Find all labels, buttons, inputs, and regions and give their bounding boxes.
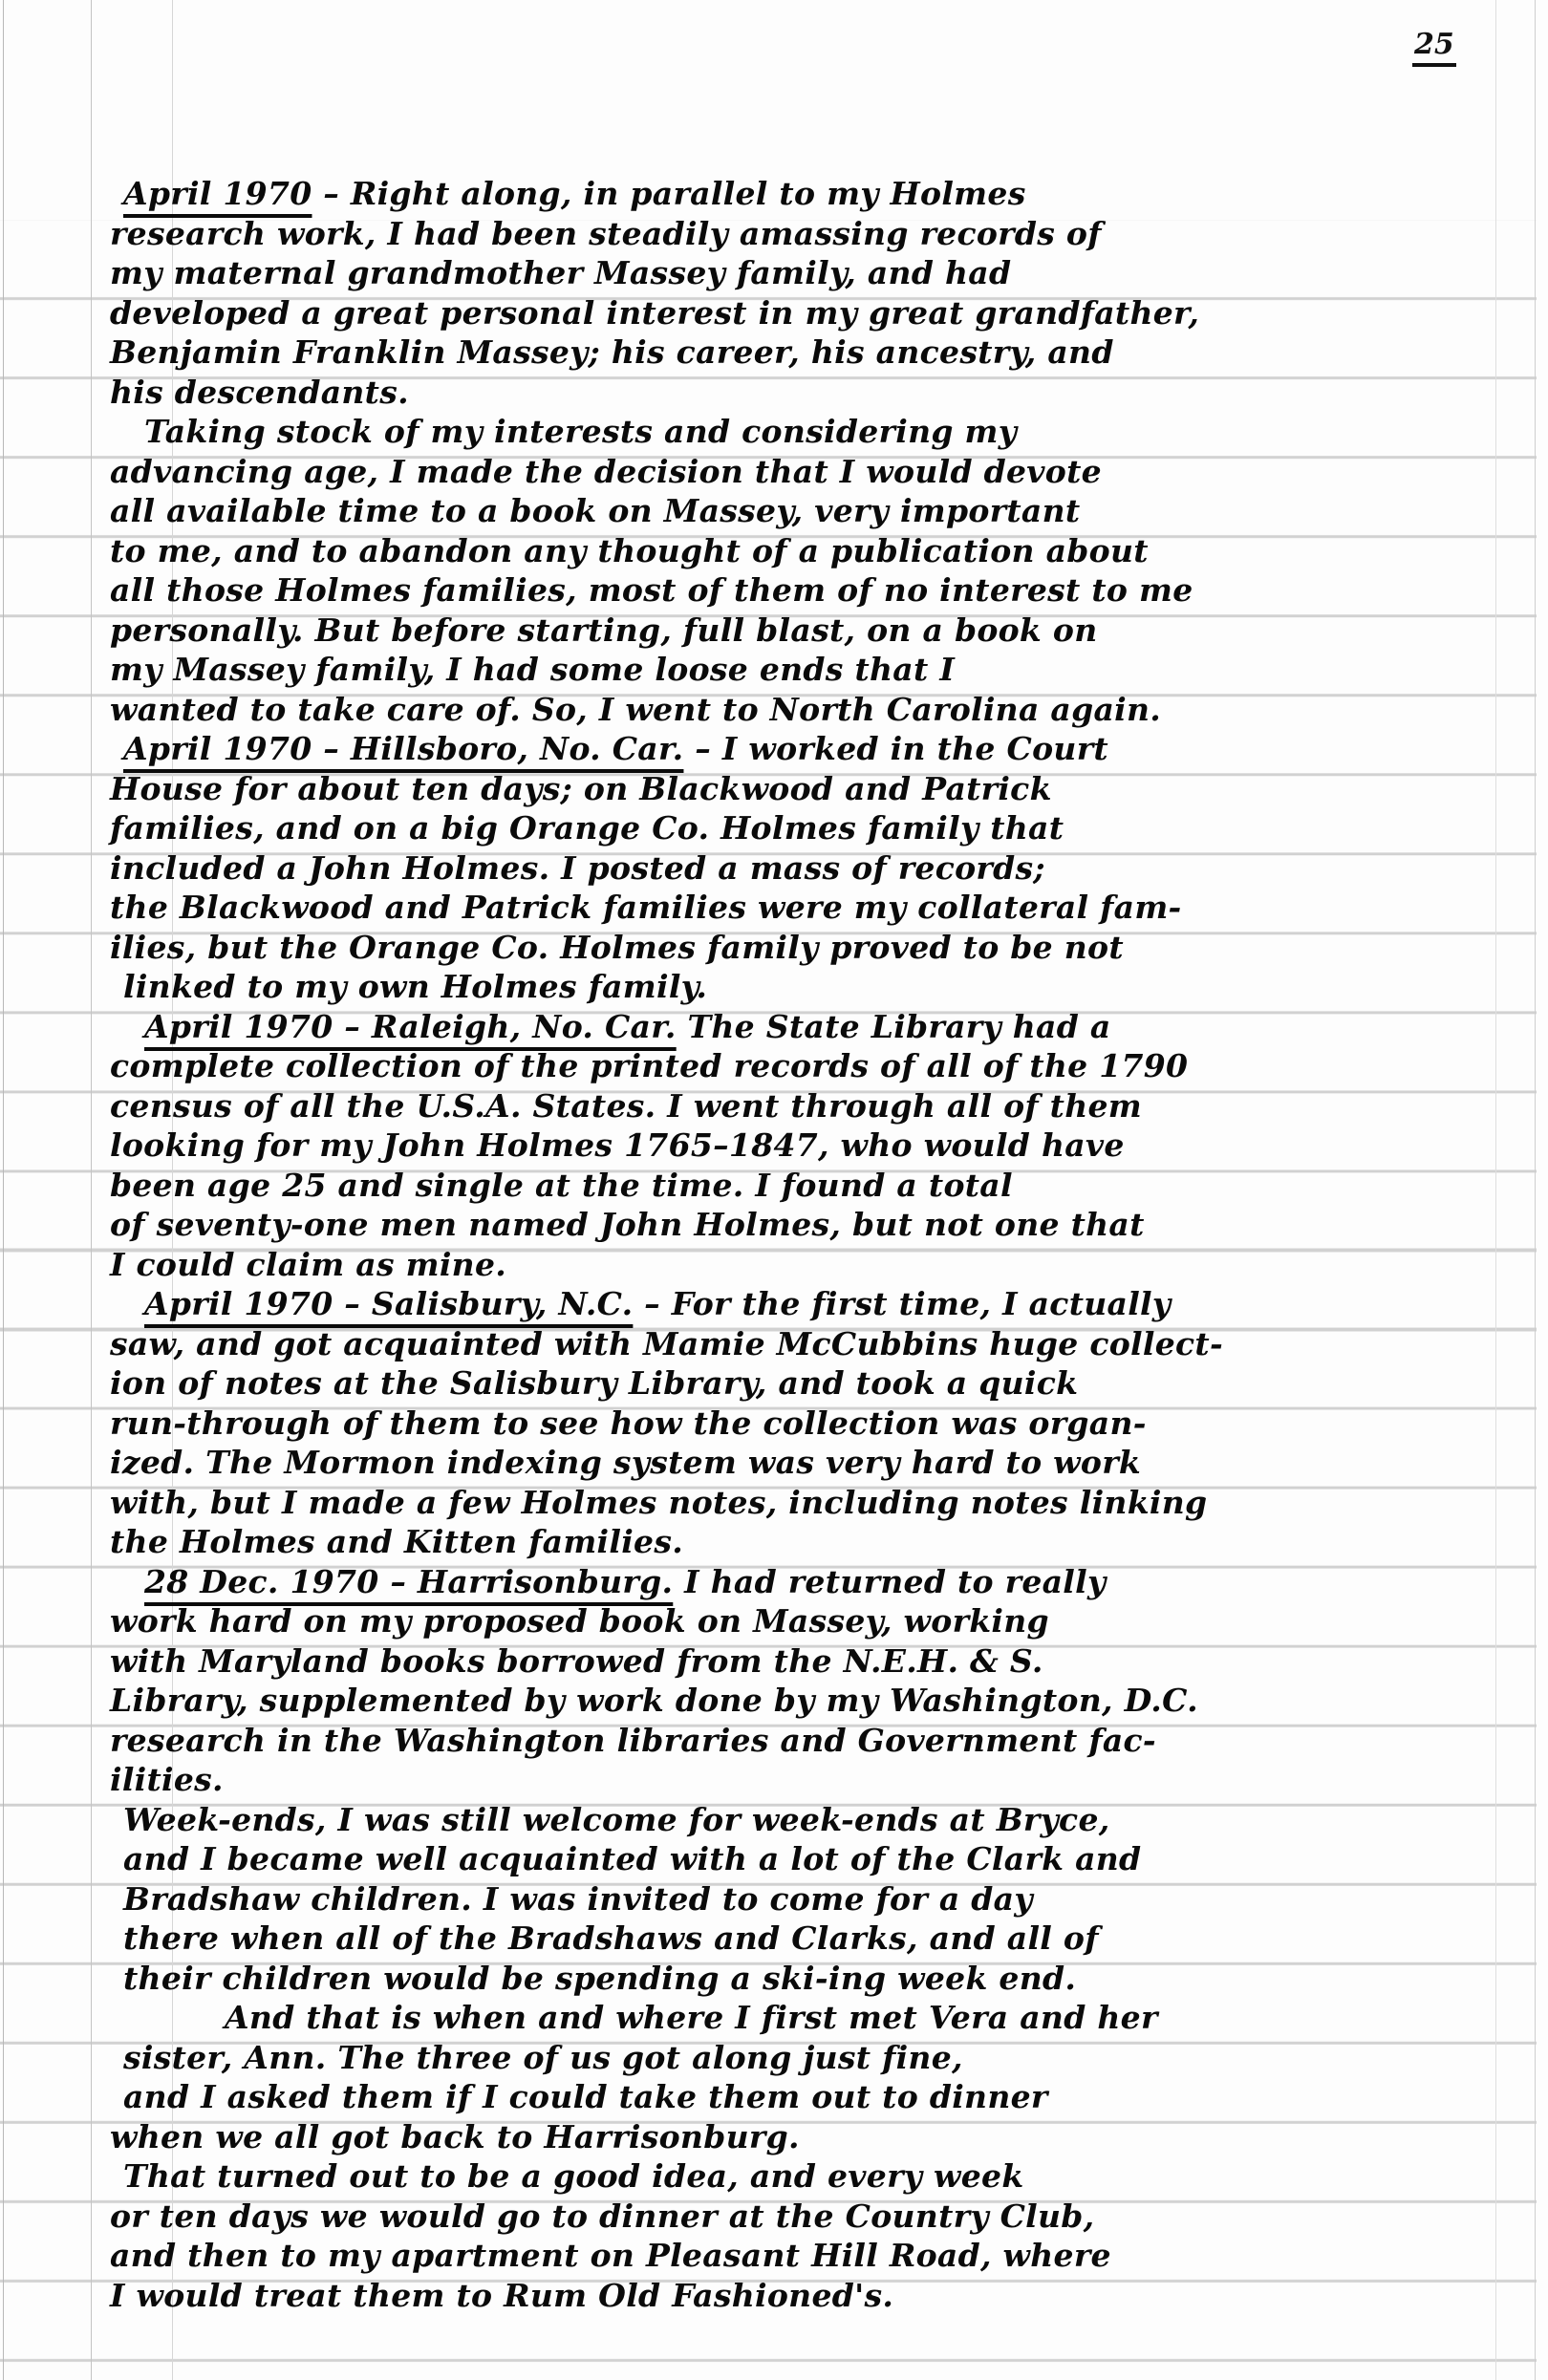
text-line: been age 25 and single at the time. I fo… [110, 1166, 1495, 1206]
line-text: with Maryland books borrowed from the N.… [110, 1642, 1043, 1680]
text-line: And that is when and where I first met V… [110, 1998, 1495, 2038]
journal-entry: April 1970 – Hillsboro, No. Car. – I wor… [110, 729, 1495, 1007]
text-line: my Massey family, I had some loose ends … [110, 650, 1495, 690]
line-text: I could claim as mine. [110, 1246, 506, 1283]
line-text: research work, I had been steadily amass… [110, 215, 1102, 252]
text-line: personally. But before starting, full bl… [110, 611, 1495, 651]
line-text: saw, and got acquainted with Mamie McCub… [110, 1325, 1223, 1362]
entry-heading: 28 Dec. 1970 – Harrisonburg. [144, 1563, 673, 1600]
text-line: linked to my own Holmes family. [110, 967, 1495, 1007]
line-text: – Right along, in parallel to my Holmes [312, 175, 1025, 212]
text-line: Week-ends, I was still welcome for week-… [110, 1800, 1495, 1840]
entry-heading: April 1970 – Hillsboro, No. Car. [123, 730, 683, 767]
text-line: the Holmes and Kitten families. [110, 1522, 1495, 1562]
line-text: wanted to take care of. So, I went to No… [110, 691, 1161, 728]
line-text: and I became well acquainted with a lot … [123, 1840, 1141, 1877]
entry-first-line: April 1970 – Right along, in parallel to… [110, 174, 1495, 214]
line-text: The State Library had a [677, 1008, 1111, 1045]
line-text: there when all of the Bradshaws and Clar… [123, 1919, 1099, 1957]
text-line: ilies, but the Orange Co. Holmes family … [110, 928, 1495, 968]
notebook-page: 25 April 1970 – Right along, in parallel… [0, 0, 1548, 2380]
text-line: all available time to a book on Massey, … [110, 491, 1495, 531]
text-line: advancing age, I made the decision that … [110, 452, 1495, 492]
journal-entry: 28 Dec. 1970 – Harrisonburg. I had retur… [110, 1562, 1495, 2316]
text-line: and I asked them if I could take them ou… [110, 2077, 1495, 2117]
line-text: – For the first time, I actually [633, 1285, 1171, 1322]
line-text: run-through of them to see how the colle… [110, 1404, 1147, 1442]
line-text: advancing age, I made the decision that … [110, 453, 1102, 490]
line-text: House for about ten days; on Blackwood a… [110, 770, 1052, 807]
entry-heading: April 1970 – Raleigh, No. Car. [144, 1008, 677, 1045]
text-line: to me, and to abandon any thought of a p… [110, 531, 1495, 571]
text-line: research work, I had been steadily amass… [110, 214, 1495, 254]
page-number: 25 [1412, 29, 1456, 67]
text-line: complete collection of the printed recor… [110, 1046, 1495, 1086]
journal-entry: April 1970 – Salisbury, N.C. – For the f… [110, 1284, 1495, 1562]
line-text: ilities. [110, 1761, 224, 1798]
text-line: my maternal grandmother Massey family, a… [110, 253, 1495, 293]
text-line: all those Holmes families, most of them … [110, 570, 1495, 611]
line-text: Taking stock of my interests and conside… [144, 413, 1017, 450]
margin-line-right [1535, 0, 1536, 2380]
line-text: included a John Holmes. I posted a mass … [110, 849, 1045, 887]
text-line: research in the Washington libraries and… [110, 1721, 1495, 1761]
line-text: or ten days we would go to dinner at the… [110, 2198, 1094, 2235]
text-line: ilities. [110, 1760, 1495, 1800]
text-line: ion of notes at the Salisbury Library, a… [110, 1363, 1495, 1404]
entry-heading: April 1970 – Salisbury, N.C. [144, 1285, 633, 1322]
line-text: And that is when and where I first met V… [225, 1999, 1158, 2036]
journal-entry: April 1970 – Raleigh, No. Car. The State… [110, 1007, 1495, 1285]
text-line: their children would be spending a ski-i… [110, 1959, 1495, 1999]
line-text: of seventy-one men named John Holmes, bu… [110, 1206, 1145, 1243]
text-line: families, and on a big Orange Co. Holmes… [110, 808, 1495, 848]
text-line: I would treat them to Rum Old Fashioned'… [110, 2276, 1495, 2316]
line-text: when we all got back to Harrisonburg. [110, 2118, 800, 2155]
line-text: developed a great personal interest in m… [110, 294, 1199, 332]
line-text: Bradshaw children. I was invited to come… [123, 1880, 1033, 1918]
line-text: research in the Washington libraries and… [110, 1722, 1156, 1759]
text-line: ized. The Mormon indexing system was ver… [110, 1443, 1495, 1483]
margin-line-right-inner [1495, 0, 1496, 2380]
line-text: their children would be spending a ski-i… [123, 1960, 1076, 1997]
text-line: with Maryland books borrowed from the N.… [110, 1641, 1495, 1682]
line-text: ized. The Mormon indexing system was ver… [110, 1444, 1141, 1481]
text-line: the Blackwood and Patrick families were … [110, 888, 1495, 928]
text-line: and I became well acquainted with a lot … [110, 1839, 1495, 1879]
text-line: sister, Ann. The three of us got along j… [110, 2038, 1495, 2078]
text-line: House for about ten days; on Blackwood a… [110, 769, 1495, 809]
text-line: and then to my apartment on Pleasant Hil… [110, 2236, 1495, 2276]
line-text: complete collection of the printed recor… [110, 1047, 1188, 1084]
line-text: families, and on a big Orange Co. Holmes… [110, 809, 1064, 847]
text-line: That turned out to be a good idea, and e… [110, 2156, 1495, 2197]
text-line: his descendants. [110, 373, 1495, 413]
entry-heading: April 1970 [123, 175, 312, 212]
text-line: or ten days we would go to dinner at the… [110, 2197, 1495, 2237]
text-line: Taking stock of my interests and conside… [110, 412, 1495, 452]
line-text: the Blackwood and Patrick families were … [110, 889, 1182, 926]
text-line: work hard on my proposed book on Massey,… [110, 1601, 1495, 1641]
entry-first-line: April 1970 – Raleigh, No. Car. The State… [110, 1007, 1495, 1047]
margin-line-left [91, 0, 92, 2380]
line-text: I would treat them to Rum Old Fashioned'… [110, 2277, 893, 2314]
line-text: his descendants. [110, 374, 409, 411]
line-text: to me, and to abandon any thought of a p… [110, 532, 1149, 569]
text-line: census of all the U.S.A. States. I went … [110, 1086, 1495, 1126]
line-text: personally. But before starting, full bl… [110, 611, 1098, 649]
text-line: with, but I made a few Holmes notes, inc… [110, 1483, 1495, 1523]
line-text: That turned out to be a good idea, and e… [123, 2157, 1024, 2195]
text-line: Benjamin Franklin Massey; his career, hi… [110, 332, 1495, 373]
margin-line-left-outer [3, 0, 4, 2380]
text-line: wanted to take care of. So, I went to No… [110, 690, 1495, 730]
text-line: there when all of the Bradshaws and Clar… [110, 1919, 1495, 1959]
line-text: linked to my own Holmes family. [123, 968, 707, 1005]
line-text: I had returned to really [673, 1563, 1106, 1600]
line-text: – I worked in the Court [683, 730, 1107, 767]
line-text: Benjamin Franklin Massey; his career, hi… [110, 333, 1114, 371]
line-text: Library, supplemented by work done by my… [110, 1682, 1198, 1719]
line-text: and I asked them if I could take them ou… [123, 2078, 1048, 2115]
text-line: when we all got back to Harrisonburg. [110, 2117, 1495, 2157]
text-line: run-through of them to see how the colle… [110, 1404, 1495, 1444]
line-text: Week-ends, I was still welcome for week-… [123, 1801, 1110, 1838]
text-line: Bradshaw children. I was invited to come… [110, 1879, 1495, 1919]
line-text: sister, Ann. The three of us got along j… [123, 2039, 963, 2076]
line-text: and then to my apartment on Pleasant Hil… [110, 2237, 1111, 2274]
text-line: included a John Holmes. I posted a mass … [110, 848, 1495, 889]
text-line: I could claim as mine. [110, 1245, 1495, 1285]
text-line: looking for my John Holmes 1765–1847, wh… [110, 1126, 1495, 1166]
text-line: saw, and got acquainted with Mamie McCub… [110, 1324, 1495, 1364]
line-text: the Holmes and Kitten families. [110, 1523, 683, 1560]
line-text: with, but I made a few Holmes notes, inc… [110, 1484, 1207, 1521]
line-text: all those Holmes families, most of them … [110, 571, 1193, 609]
line-text: ilies, but the Orange Co. Holmes family … [110, 929, 1124, 966]
line-text: all available time to a book on Massey, … [110, 492, 1080, 529]
entry-first-line: April 1970 – Hillsboro, No. Car. – I wor… [110, 729, 1495, 769]
line-text: my maternal grandmother Massey family, a… [110, 254, 1011, 291]
journal-entry: April 1970 – Right along, in parallel to… [110, 174, 1495, 729]
line-text: been age 25 and single at the time. I fo… [110, 1167, 1013, 1204]
line-text: ion of notes at the Salisbury Library, a… [110, 1364, 1078, 1402]
text-line: of seventy-one men named John Holmes, bu… [110, 1205, 1495, 1245]
line-text: looking for my John Holmes 1765–1847, wh… [110, 1126, 1125, 1164]
line-text: census of all the U.S.A. States. I went … [110, 1087, 1142, 1125]
entry-first-line: 28 Dec. 1970 – Harrisonburg. I had retur… [110, 1562, 1495, 1602]
line-text: work hard on my proposed book on Massey,… [110, 1602, 1049, 1640]
handwritten-text: April 1970 – Right along, in parallel to… [110, 174, 1495, 2315]
entry-first-line: April 1970 – Salisbury, N.C. – For the f… [110, 1284, 1495, 1324]
line-text: my Massey family, I had some loose ends … [110, 651, 955, 688]
text-line: Library, supplemented by work done by my… [110, 1681, 1495, 1721]
text-line: developed a great personal interest in m… [110, 293, 1495, 333]
